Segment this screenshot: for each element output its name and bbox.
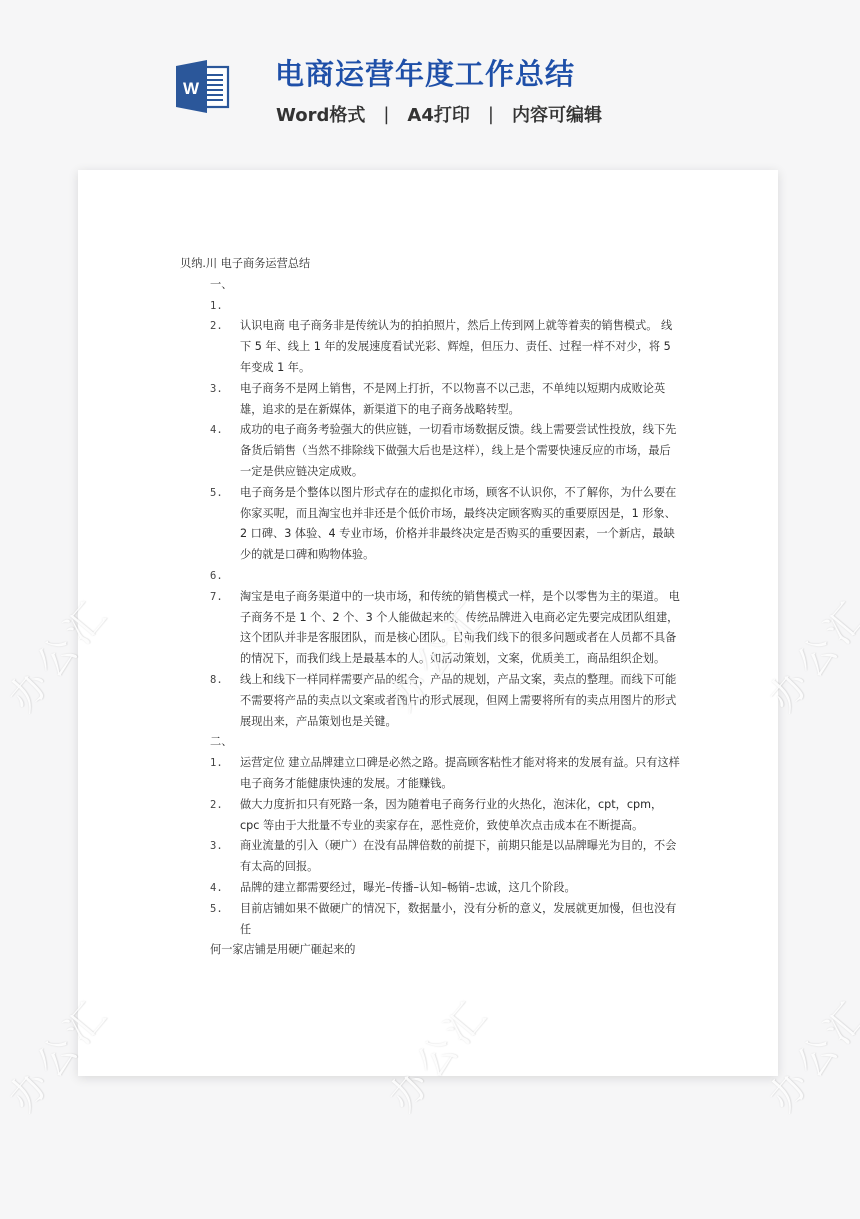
list-text: 品牌的建立都需要经过，曝光–传播–认知–畅销–忠诚，这几个阶段。	[240, 878, 680, 899]
list-text: 目前店铺如果不做硬广的情况下，数据量小，没有分析的意义，发展就更加慢，但也没有任	[240, 899, 680, 941]
document-page: 贝纳.川 电子商务运营总结 一、 1. 2.认识电商 电子商务非是传统认为的拍拍…	[78, 170, 778, 1076]
list-text: 做大力度折扣只有死路一条，因为随着电子商务行业的火热化，泡沫化，cpt，cpm，…	[240, 795, 680, 837]
svg-text:W: W	[183, 79, 200, 98]
list-item: 3.商业流量的引入（硬广）在没有品牌倍数的前提下，前期只能是以品牌曝光为目的，不…	[210, 836, 680, 878]
list-number: 1.	[210, 296, 240, 317]
list-number: 5.	[210, 899, 240, 941]
badge-editable: 内容可编辑	[512, 101, 602, 127]
document-title: 贝纳.川 电子商务运营总结	[180, 254, 680, 275]
list-number: 6.	[210, 566, 240, 587]
separator: |	[383, 104, 389, 125]
list-number: 2.	[210, 795, 240, 837]
list-text: 运营定位 建立品牌建立口碑是必然之路。提高顾客粘性才能对将来的发展有益。只有这样…	[240, 753, 680, 795]
document-body: 贝纳.川 电子商务运营总结 一、 1. 2.认识电商 电子商务非是传统认为的拍拍…	[180, 254, 680, 961]
list-item: 4.成功的电子商务考验强大的供应链，一切看市场数据反馈。线上需要尝试性投放，线下…	[210, 420, 680, 482]
list-number: 2.	[210, 316, 240, 378]
separator: |	[488, 104, 494, 125]
list-text: 认识电商 电子商务非是传统认为的拍拍照片，然后上传到网上就等着卖的销售模式。 线…	[240, 316, 680, 378]
list-number: 3.	[210, 836, 240, 878]
section-heading: 二、	[210, 732, 680, 753]
list-number: 7.	[210, 587, 240, 670]
section-1: 一、 1. 2.认识电商 电子商务非是传统认为的拍拍照片，然后上传到网上就等着卖…	[180, 275, 680, 733]
list-item: 1.运营定位 建立品牌建立口碑是必然之路。提高顾客粘性才能对将来的发展有益。只有…	[210, 753, 680, 795]
list-text	[240, 566, 680, 587]
list-item: 1.	[210, 296, 680, 317]
feature-badges: Word格式 | A4打印 | 内容可编辑	[276, 101, 602, 127]
list-number: 5.	[210, 483, 240, 566]
list-number: 1.	[210, 753, 240, 795]
list-text: 商业流量的引入（硬广）在没有品牌倍数的前提下，前期只能是以品牌曝光为目的，不会有…	[240, 836, 680, 878]
list-text: 线上和线下一样同样需要产品的组合，产品的规划，产品文案，卖点的整理。而线下可能不…	[240, 670, 680, 732]
list-item: 8.线上和线下一样同样需要产品的组合，产品的规划，产品文案，卖点的整理。而线下可…	[210, 670, 680, 732]
badge-word-format: Word格式	[276, 101, 365, 127]
list-item: 4.品牌的建立都需要经过，曝光–传播–认知–畅销–忠诚，这几个阶段。	[210, 878, 680, 899]
section-heading: 一、	[210, 275, 680, 296]
trailing-text: 何一家店铺是用硬广砸起来的	[180, 940, 680, 961]
list-text: 电子商务不是网上销售，不是网上打折，不以物喜不以己悲，不单纯以短期内成败论英雄，…	[240, 379, 680, 421]
list-text: 电子商务是个整体以图片形式存在的虚拟化市场，顾客不认识你，不了解你，为什么要在你…	[240, 483, 680, 566]
list-number: 3.	[210, 379, 240, 421]
list-item: 5.电子商务是个整体以图片形式存在的虚拟化市场，顾客不认识你，不了解你，为什么要…	[210, 483, 680, 566]
list-item: 3.电子商务不是网上销售，不是网上打折，不以物喜不以己悲，不单纯以短期内成败论英…	[210, 379, 680, 421]
section-2: 二、 1.运营定位 建立品牌建立口碑是必然之路。提高顾客粘性才能对将来的发展有益…	[180, 732, 680, 940]
header: W 电商运营年度工作总结 Word格式 | A4打印 | 内容可编辑	[0, 0, 860, 170]
list-number: 8.	[210, 670, 240, 732]
list-number: 4.	[210, 420, 240, 482]
list-item: 2.认识电商 电子商务非是传统认为的拍拍照片，然后上传到网上就等着卖的销售模式。…	[210, 316, 680, 378]
page-title: 电商运营年度工作总结	[275, 52, 575, 93]
list-text: 淘宝是电子商务渠道中的一块市场，和传统的销售模式一样，是个以零售为主的渠道。 电…	[240, 587, 680, 670]
list-text: 成功的电子商务考验强大的供应链，一切看市场数据反馈。线上需要尝试性投放，线下先备…	[240, 420, 680, 482]
list-item: 6.	[210, 566, 680, 587]
list-item: 7.淘宝是电子商务渠道中的一块市场，和传统的销售模式一样，是个以零售为主的渠道。…	[210, 587, 680, 670]
list-number: 4.	[210, 878, 240, 899]
list-item: 2.做大力度折扣只有死路一条，因为随着电子商务行业的火热化，泡沫化，cpt，cp…	[210, 795, 680, 837]
list-text	[240, 296, 680, 317]
badge-a4-print: A4打印	[407, 101, 469, 127]
word-icon: W	[174, 58, 230, 114]
list-item: 5.目前店铺如果不做硬广的情况下，数据量小，没有分析的意义，发展就更加慢，但也没…	[210, 899, 680, 941]
